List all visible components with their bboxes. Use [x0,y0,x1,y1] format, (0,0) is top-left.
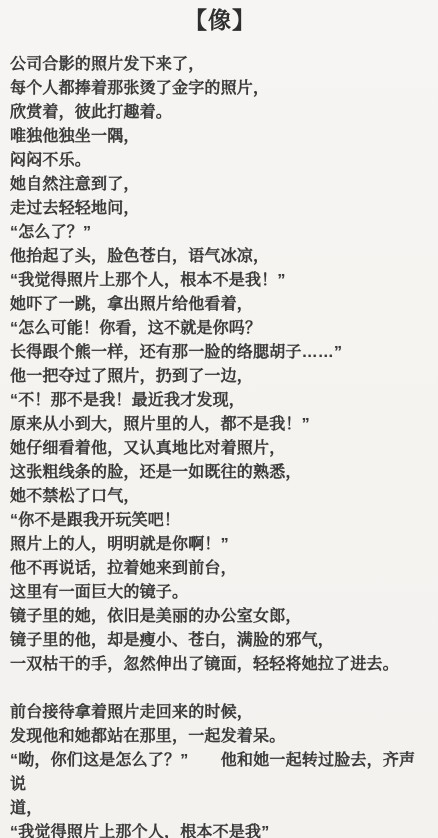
story-line: 这里有一面巨大的镜子。 [10,581,430,605]
story-line: 前台接待拿着照片走回来的时候， [10,701,430,725]
story-line: 她吓了一跳，拿出照片给他看着， [10,293,430,317]
story-line: 她自然注意到了， [10,173,430,197]
story-line: 发现他和她都站在那里，一起发着呆。 [10,725,430,749]
story-line: 走过去轻轻地问， [10,197,430,221]
story-line: 镜子里的他，却是瘦小、苍白，满脸的邪气， [10,629,430,653]
story-line: “我觉得照片上那个人，根本不是我” [10,821,430,838]
story-line: “你不是跟我开玩笑吧！ [10,509,430,533]
story-line: 这张粗线条的脸，还是一如既往的熟悉， [10,461,430,485]
story-line: 欣赏着，彼此打趣着。 [10,101,430,125]
story-line: “怎么了？” [10,221,430,245]
story-line: “呦，你们这是怎么了？” 他和她一起转过脸去，齐声说 [10,749,430,797]
story-text: 公司合影的照片发下来了， 每个人都捧着那张烫了金字的照片， 欣赏着，彼此打趣着。… [10,53,430,838]
story-line: 一双枯干的手，忽然伸出了镜面，轻轻将她拉了进去。 [10,653,430,677]
story-line: 他抬起了头，脸色苍白，语气冰凉， [10,245,430,269]
page-title: 【像】 [10,5,430,35]
story-line: 每个人都捧着那张烫了金字的照片， [10,77,430,101]
story-line: 道， [10,797,430,821]
story-line: 唯独他独坐一隅， [10,125,430,149]
story-line: 公司合影的照片发下来了， [10,53,430,77]
story-line: “不！那不是我！最近我才发现， [10,389,430,413]
story-line: 她仔细看着他，又认真地比对着照片， [10,437,430,461]
story-line: 原来从小到大，照片里的人，都不是我！” [10,413,430,437]
story-line: “怎么可能！你看，这不就是你吗？ [10,317,430,341]
story-line: 镜子里的她，依旧是美丽的办公室女郎， [10,605,430,629]
story-line: 闷闷不乐。 [10,149,430,173]
story-line: 他一把夺过了照片，扔到了一边， [10,365,430,389]
story-page: 【像】 公司合影的照片发下来了， 每个人都捧着那张烫了金字的照片， 欣赏着，彼此… [0,0,438,838]
story-line: 他不再说话，拉着她来到前台， [10,557,430,581]
story-line: 长得跟个熊一样，还有那一脸的络腮胡子……” [10,341,430,365]
story-line: 她不禁松了口气， [10,485,430,509]
story-line: “我觉得照片上那个人，根本不是我！” [10,269,430,293]
story-line-blank [10,677,430,701]
story-line: 照片上的人，明明就是你啊！” [10,533,430,557]
